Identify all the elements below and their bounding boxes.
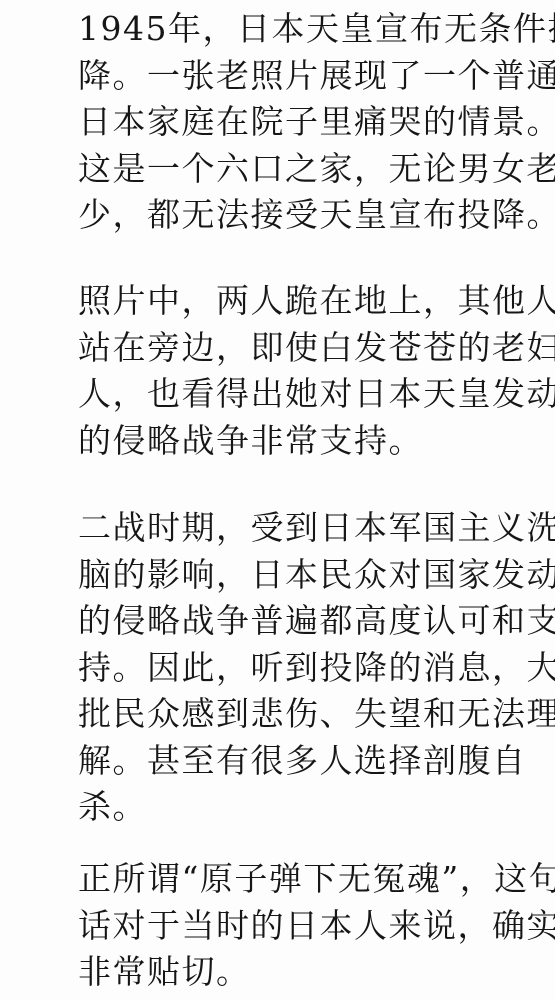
text-line: 杀。 <box>78 784 518 831</box>
text-line: 站在旁边，即使白发苍苍的老妇 <box>78 325 518 372</box>
text-line: 话对于当时的日本人来说，确实 <box>78 903 518 950</box>
text-line: 脑的影响，日本民众对国家发动 <box>78 552 518 599</box>
text-line: 非常贴切。 <box>78 949 518 996</box>
text-line: 少，都无法接受天皇宣布投降。 <box>78 192 518 239</box>
text-line: 1945年，日本天皇宣布无条件投 <box>78 6 518 53</box>
text-line: 这是一个六口之家，无论男女老 <box>78 146 518 193</box>
text-line: 照片中，两人跪在地上，其他人 <box>78 278 518 325</box>
text-line: 日本家庭在院子里痛哭的情景。 <box>78 99 518 146</box>
paragraph-surrender-photo: 1945年，日本天皇宣布无条件投 降。一张老照片展现了一个普通 日本家庭在院子里… <box>78 6 518 239</box>
paragraph-wartime-context: 二战时期，受到日本军国主义洗 脑的影响，日本民众对国家发动 的侵略战争普遍都高度… <box>78 505 518 831</box>
text-line: 二战时期，受到日本军国主义洗 <box>78 505 518 552</box>
text-line: 的侵略战争非常支持。 <box>78 418 518 465</box>
text-line: 的侵略战争普遍都高度认可和支 <box>78 598 518 645</box>
text-line: 解。甚至有很多人选择剖腹自 <box>78 738 518 785</box>
paragraph-photo-description: 照片中，两人跪在地上，其他人 站在旁边，即使白发苍苍的老妇 人，也看得出她对日本… <box>78 278 518 464</box>
text-line: 持。因此，听到投降的消息，大 <box>78 645 518 692</box>
text-line: 正所谓“原子弹下无冤魂”，这句 <box>78 856 518 903</box>
text-line: 批民众感到悲伤、失望和无法理 <box>78 691 518 738</box>
paragraph-conclusion: 正所谓“原子弹下无冤魂”，这句 话对于当时的日本人来说，确实 非常贴切。 <box>78 856 518 996</box>
text-line: 人，也看得出她对日本天皇发动 <box>78 371 518 418</box>
text-line: 降。一张老照片展现了一个普通 <box>78 53 518 100</box>
